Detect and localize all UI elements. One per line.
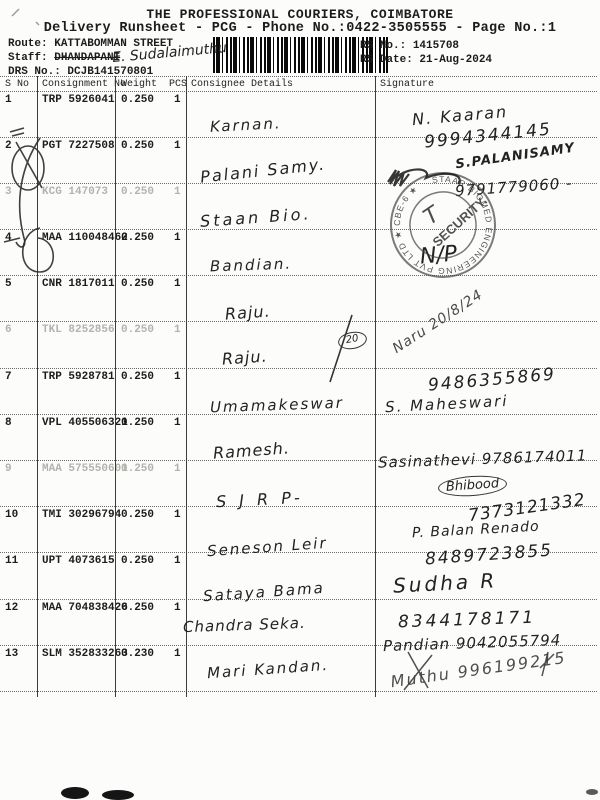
ink-scribble bbox=[388, 169, 460, 186]
delivery-runsheet-scan: THE PROFESSIONAL COURIERS, COIMBATORE De… bbox=[0, 0, 600, 800]
tally-slash bbox=[330, 315, 352, 382]
scan-artifacts bbox=[0, 0, 600, 800]
pen-scribble bbox=[10, 128, 44, 247]
scan-smudge bbox=[61, 787, 598, 800]
pencil-marks bbox=[12, 9, 39, 25]
signature-flourish bbox=[404, 652, 554, 690]
pen-circle bbox=[4, 228, 53, 272]
